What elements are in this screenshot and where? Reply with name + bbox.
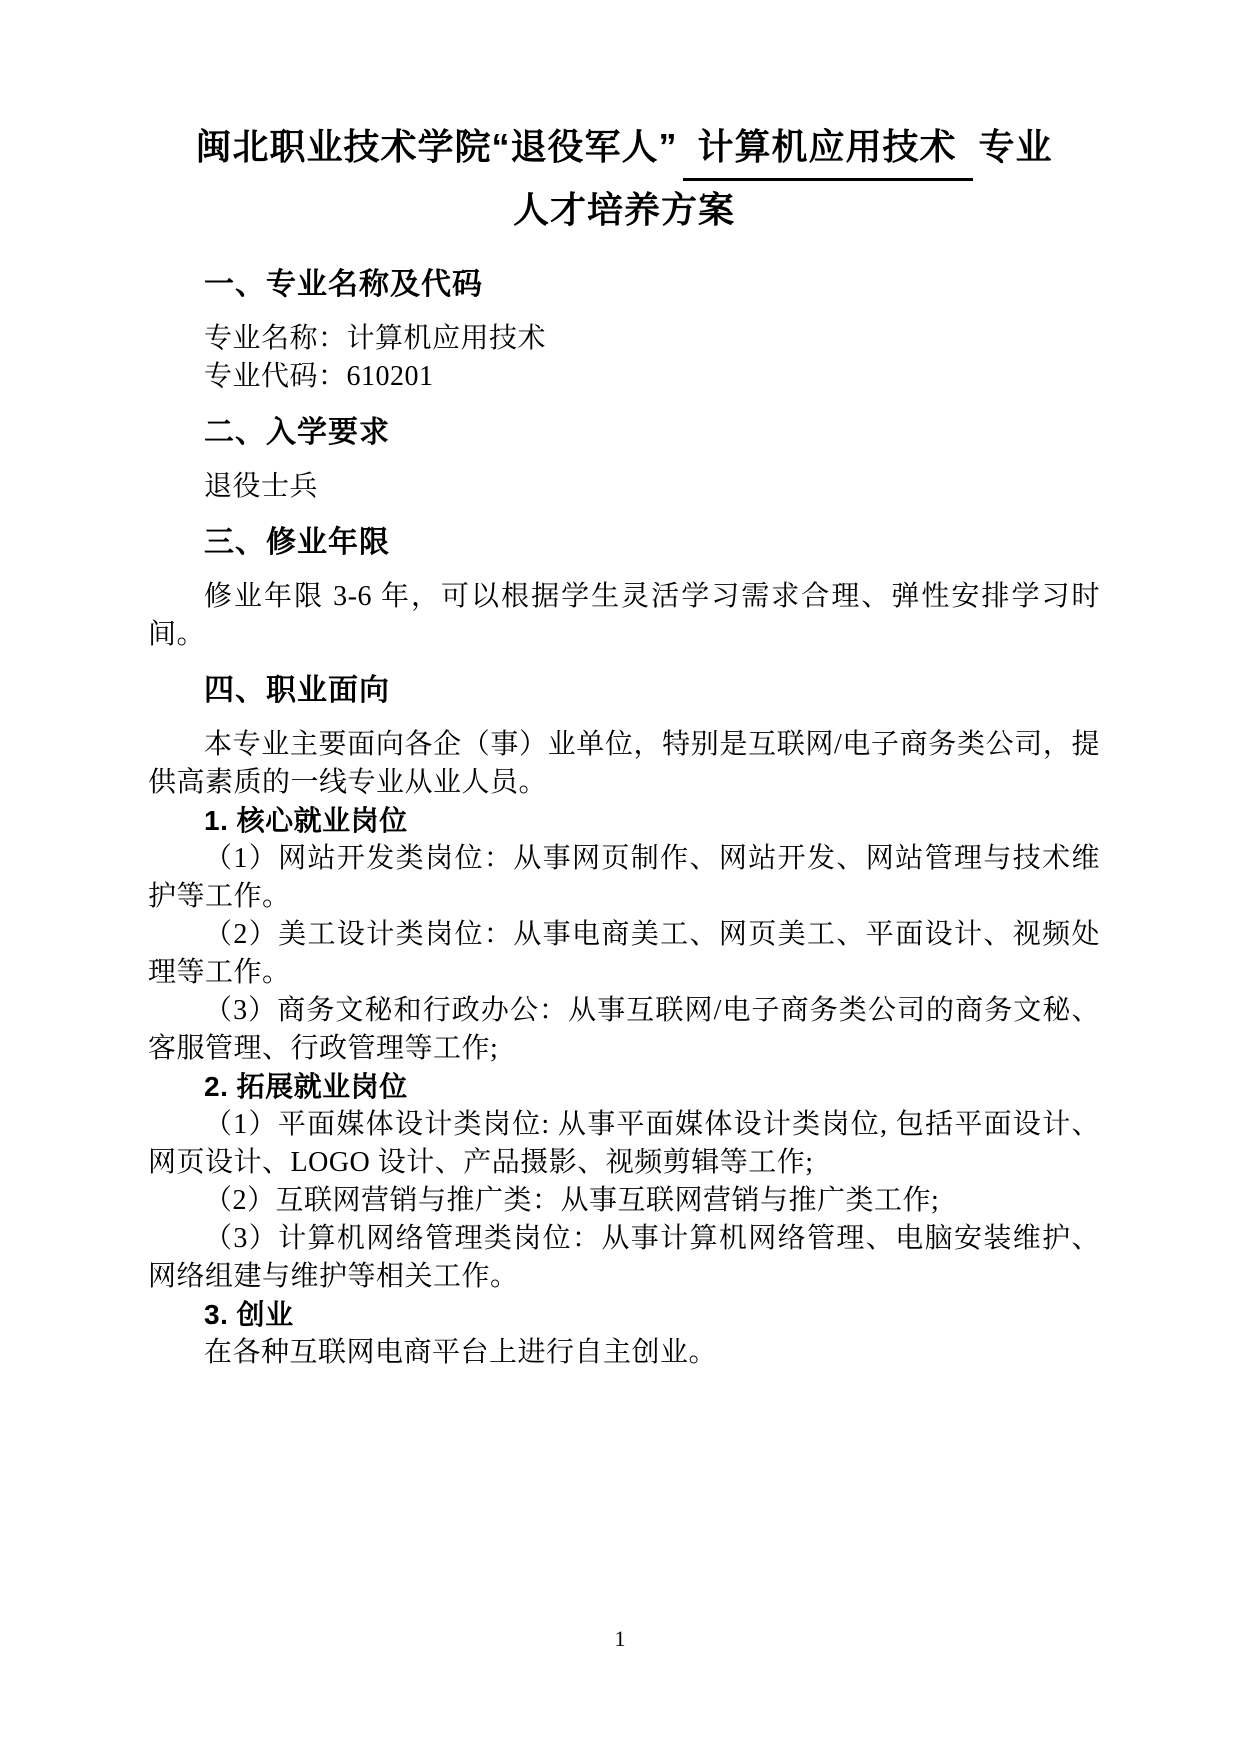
- document-title: 闽北职业技术学院“退役军人”计算机应用技术专业 人才培养方案: [148, 118, 1100, 239]
- paragraph-major-name: 专业名称：计算机应用技术: [148, 320, 1100, 358]
- subheading-core-jobs: 1. 核心就业岗位: [148, 802, 1100, 840]
- paragraph-extended-job-2: （2）互联网营销与推广类：从事互联网营销与推广类工作;: [148, 1182, 1100, 1220]
- paragraph-extended-job-3: （3）计算机网络管理类岗位：从事计算机网络管理、电脑安装维护、网络组建与维护等相…: [148, 1220, 1100, 1296]
- paragraph-core-job-1: （1）网站开发类岗位：从事网页制作、网站开发、网站管理与技术维护等工作。: [148, 840, 1100, 916]
- paragraph-major-code: 专业代码：610201: [148, 358, 1100, 396]
- paragraph-core-job-2: （2）美工设计类岗位：从事电商美工、网页美工、平面设计、视频处理等工作。: [148, 916, 1100, 992]
- section-heading-4: 四、职业面向: [204, 671, 1100, 711]
- document-page: 闽北职业技术学院“退役军人”计算机应用技术专业 人才培养方案 一、专业名称及代码…: [0, 0, 1240, 1754]
- title-line1-prefix: 闽北职业技术学院“退役军人”: [195, 126, 677, 167]
- paragraph-core-job-3: （3）商务文秘和行政办公：从事互联网/电子商务类公司的商务文秘、客服管理、行政管…: [148, 992, 1100, 1068]
- title-line-1: 闽北职业技术学院“退役军人”计算机应用技术专业: [148, 118, 1100, 181]
- section-heading-3: 三、修业年限: [204, 523, 1100, 563]
- title-line1-underlined: 计算机应用技术: [683, 118, 972, 181]
- document-content: 闽北职业技术学院“退役军人”计算机应用技术专业 人才培养方案 一、专业名称及代码…: [0, 0, 1240, 1372]
- paragraph-study-years: 修业年限 3-6 年，可以根据学生灵活学习需求合理、弹性安排学习时间。: [148, 578, 1100, 654]
- subheading-entrepreneurship: 3. 创业: [148, 1296, 1100, 1334]
- section-heading-2: 二、入学要求: [204, 413, 1100, 453]
- title-line1-suffix: 专业: [979, 126, 1053, 167]
- paragraph-entrepreneurship: 在各种互联网电商平台上进行自主创业。: [148, 1334, 1100, 1372]
- section-heading-1: 一、专业名称及代码: [204, 265, 1100, 305]
- subheading-extended-jobs: 2. 拓展就业岗位: [148, 1068, 1100, 1106]
- title-line-2: 人才培养方案: [148, 181, 1100, 239]
- page-number: 1: [0, 1626, 1240, 1652]
- paragraph-admission: 退役士兵: [148, 468, 1100, 506]
- paragraph-extended-job-1: （1）平面媒体设计类岗位: 从事平面媒体设计类岗位, 包括平面设计、网页设计、L…: [148, 1106, 1100, 1182]
- paragraph-career-intro: 本专业主要面向各企（事）业单位，特别是互联网/电子商务类公司，提供高素质的一线专…: [148, 726, 1100, 802]
